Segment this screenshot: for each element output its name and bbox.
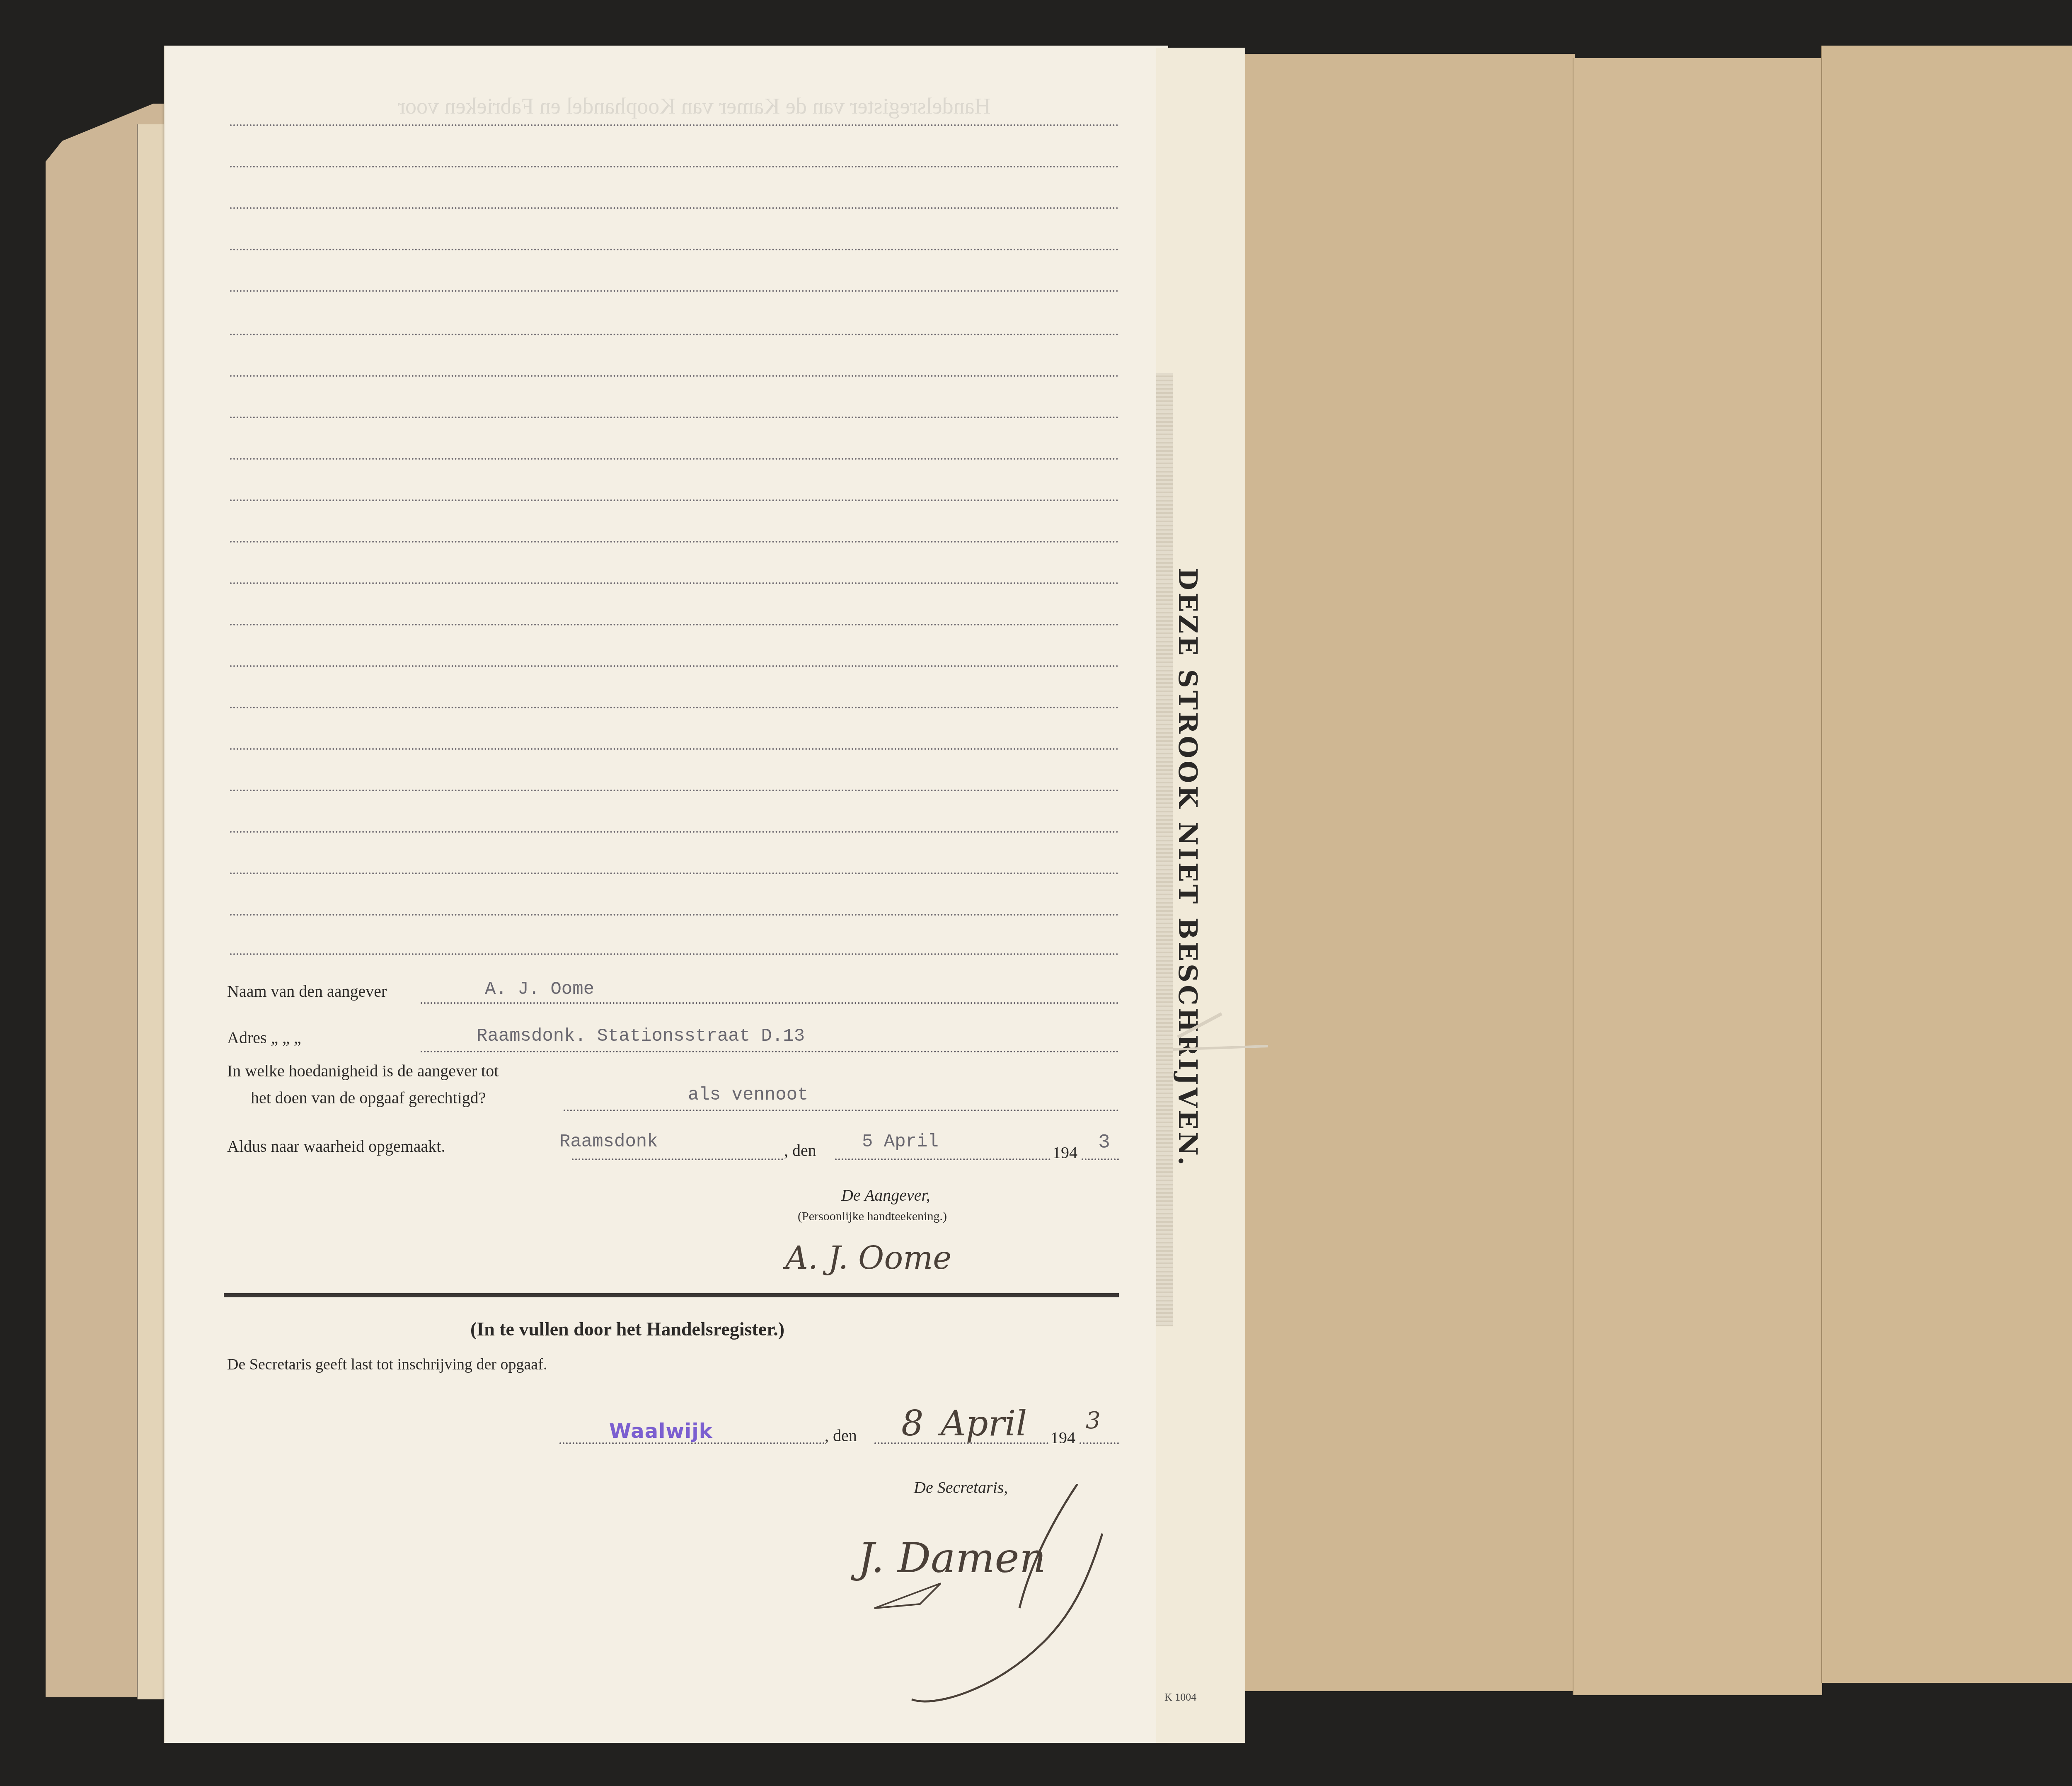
hoedanigheid-label-line2: het doen van de opgaaf gerechtigd?: [251, 1088, 486, 1107]
place-value[interactable]: Raamsdonk: [559, 1132, 658, 1152]
folder-panel-2: [1573, 58, 1822, 1695]
year-suffix[interactable]: 3: [1098, 1132, 1110, 1154]
ruled-line: [230, 665, 1119, 667]
ruled-line: [230, 790, 1119, 791]
adres-value[interactable]: Raamsdonk. Stationsstraat D.13: [477, 1026, 805, 1047]
section-divider: [224, 1293, 1119, 1297]
adres-field-line: [421, 1051, 1119, 1052]
date-field-line: [835, 1158, 1051, 1160]
ruled-line: [230, 499, 1119, 501]
ruled-line: [230, 207, 1119, 209]
aangever-signature: A. J. Oome: [785, 1239, 951, 1276]
folder-panel-1: [1237, 54, 1575, 1691]
ruled-line: [230, 375, 1119, 377]
ruled-line: [230, 124, 1119, 126]
naam-label: Naam van den aangever: [227, 981, 387, 1001]
year-prefix: 194: [1053, 1143, 1077, 1162]
bleed-through-header: Handelsregister van de Kamer van Koophan…: [398, 93, 991, 119]
ruled-line: [230, 831, 1119, 833]
registry-year-suffix: 3: [1086, 1407, 1101, 1434]
secretaris-signature-flourish: [870, 1484, 1140, 1712]
registry-year-line: [1080, 1442, 1119, 1444]
registry-year-prefix: 194: [1051, 1428, 1075, 1447]
ruled-line: [230, 953, 1119, 955]
aldus-label: Aldus naar waarheid opgemaakt.: [227, 1137, 445, 1156]
ruled-line: [230, 249, 1119, 250]
hoedanigheid-label-line1: In welke hoedanigheid is de aangever tot: [227, 1061, 499, 1081]
registry-day: 8: [901, 1403, 923, 1444]
aangever-title: De Aangever,: [841, 1185, 930, 1205]
den-label: , den: [784, 1141, 816, 1160]
adres-label: Adres „ „ „: [227, 1028, 301, 1047]
ruled-line: [230, 166, 1119, 167]
ruled-line: [230, 582, 1119, 584]
form-code: K 1004: [1164, 1691, 1196, 1704]
waalwijk-stamp: Waalwijk: [609, 1420, 713, 1443]
registry-month: April: [941, 1403, 1027, 1444]
ruled-line: [230, 624, 1119, 625]
binding-spine: [1156, 373, 1173, 1326]
year-field-line: [1082, 1158, 1119, 1160]
hoedanigheid-field-line: [564, 1110, 1119, 1111]
ruled-line: [230, 458, 1119, 460]
naam-field-line: [421, 1002, 1119, 1004]
registry-instruction: De Secretaris geeft last tot inschrijvin…: [227, 1355, 547, 1374]
folder-panel-3: [1821, 46, 2072, 1683]
ruled-line: [230, 417, 1119, 418]
ruled-line: [230, 748, 1119, 750]
date-value[interactable]: 5 April: [862, 1132, 939, 1152]
registry-den-label: , den: [825, 1426, 857, 1445]
ruled-line: [230, 707, 1119, 708]
ruled-line: [230, 914, 1119, 916]
hoedanigheid-value[interactable]: als vennoot: [688, 1085, 808, 1105]
ruled-line: [230, 541, 1119, 543]
aangever-subtitle: (Persoonlijke handteekening.): [798, 1209, 947, 1224]
ruled-line: [230, 872, 1119, 874]
place-field-line: [572, 1158, 783, 1160]
ruled-line: [230, 290, 1119, 292]
registry-heading: (In te vullen door het Handelsregister.): [470, 1318, 784, 1340]
ruled-line: [230, 334, 1119, 335]
strip-warning-text: DEZE STROOK NIET BESCHRIJVEN.: [1173, 568, 1203, 1168]
naam-value[interactable]: A. J. Oome: [485, 979, 594, 1000]
